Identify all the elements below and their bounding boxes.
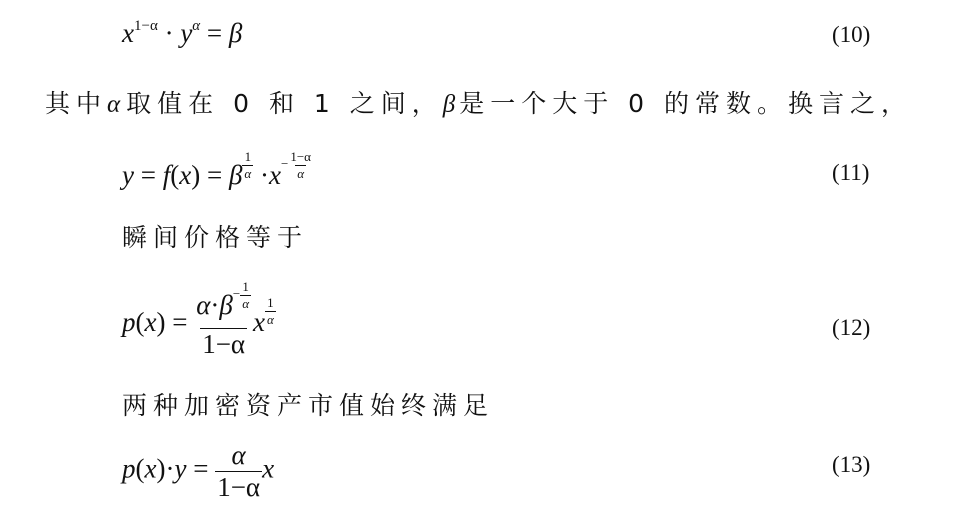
equation-12: p(x) = α·β−1α 1−α x1α xyxy=(122,290,276,360)
var-alpha: α xyxy=(196,290,210,320)
fraction: α 1−α xyxy=(215,440,262,503)
paragraph-3: 两种加密资产市值始终满足 xyxy=(122,386,494,422)
numerator: 1 xyxy=(243,149,254,165)
var-x: x xyxy=(253,307,265,337)
exp-text: 1−α xyxy=(134,18,158,34)
denominator: 1−α xyxy=(215,471,262,503)
minus: − xyxy=(281,156,288,171)
exponent-frac: 1α xyxy=(265,303,276,318)
exponent-alpha: α xyxy=(192,18,200,34)
var-beta: β xyxy=(219,290,232,320)
paren: ( xyxy=(136,454,145,484)
var-x: x xyxy=(269,160,281,190)
equation-11: y = f(x) = β1α ·x−1−αα xyxy=(122,160,313,198)
paragraph-2: 瞬间价格等于 xyxy=(122,218,308,254)
var-beta: β xyxy=(229,160,242,190)
var-beta: β xyxy=(229,18,242,48)
denominator: α xyxy=(242,165,253,182)
var-x: x xyxy=(122,18,134,48)
exponent-frac: −1−αα xyxy=(281,156,313,171)
var-y: y xyxy=(180,18,192,48)
paragraph-1: 其中α取值在 0 和 1 之间，β是一个大于 0 的常数。换言之， xyxy=(45,84,912,120)
paren: ( xyxy=(136,307,145,337)
dot: · xyxy=(260,160,269,190)
denominator: α xyxy=(265,311,276,328)
exponent-frac: 1α xyxy=(242,156,253,171)
denominator: α xyxy=(295,165,306,182)
text-segment: 是一个大于 0 的常数。换言之， xyxy=(459,89,912,118)
equation-number-13: (13) xyxy=(832,452,870,478)
var-x: x xyxy=(145,307,157,337)
equals: = xyxy=(141,160,156,190)
paren: ) xyxy=(156,307,165,337)
minus: − xyxy=(233,286,240,301)
denominator: 1−α xyxy=(200,328,247,360)
equation-13: p(x)·y = α 1−α x xyxy=(122,440,274,503)
fraction: α·β−1α 1−α xyxy=(194,290,253,360)
var-y: y xyxy=(122,160,134,190)
func-p: p xyxy=(122,307,136,337)
equals: = xyxy=(193,454,208,484)
numerator: 1−α xyxy=(288,149,313,165)
equals: = xyxy=(207,18,222,48)
equation-number-12: (12) xyxy=(832,315,870,341)
text-segment: 取值在 0 和 1 之间， xyxy=(126,89,443,118)
paren: ( xyxy=(170,160,179,190)
numerator: α xyxy=(230,440,248,471)
numerator: 1 xyxy=(240,279,251,295)
paren: ) xyxy=(191,160,200,190)
exponent-frac: −1α xyxy=(233,286,251,301)
var-x: x xyxy=(262,454,274,484)
denominator: α xyxy=(240,295,251,312)
func-p: p xyxy=(122,454,136,484)
equals: = xyxy=(172,307,187,337)
equation-number-11: (11) xyxy=(832,160,869,186)
equals: = xyxy=(207,160,222,190)
inline-beta: β xyxy=(443,91,455,118)
text-segment: 其中 xyxy=(45,89,107,118)
exponent: 1−α xyxy=(134,18,158,34)
var-y: y xyxy=(174,454,186,484)
dot: · xyxy=(165,18,174,48)
numerator: α·β−1α xyxy=(194,290,253,328)
var-x: x xyxy=(145,454,157,484)
numerator: 1 xyxy=(265,295,276,311)
equation-10: x1−α · yα = β xyxy=(122,18,242,49)
equation-number-10: (10) xyxy=(832,22,870,48)
var-x: x xyxy=(179,160,191,190)
inline-alpha: α xyxy=(107,91,120,118)
